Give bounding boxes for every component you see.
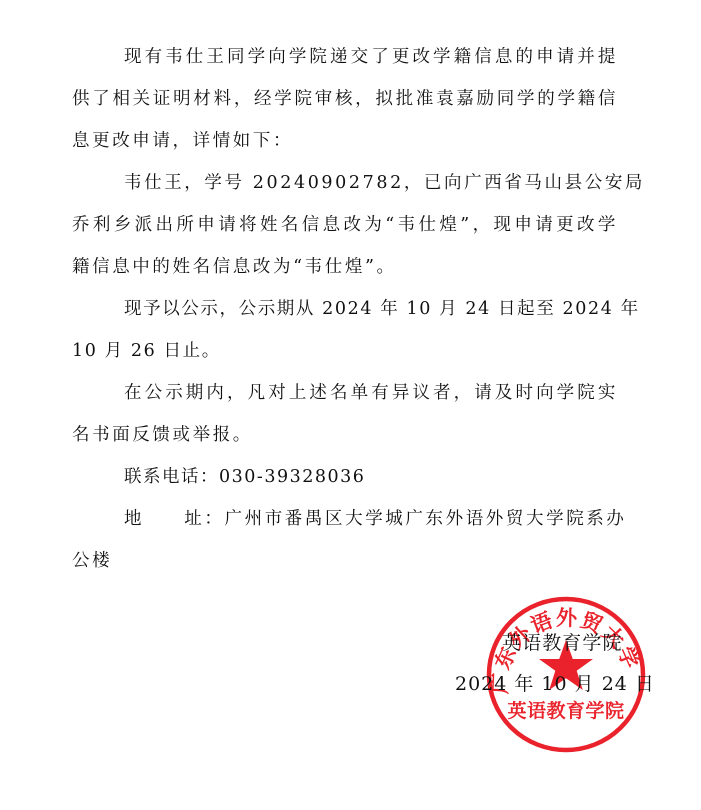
paragraph-1-line-2: 供了相关证明材料，经学院审核，拟批准袁嘉励同学的学籍信: [72, 78, 618, 120]
paragraph-3-line-1: 现予以公示，公示期从 2024 年 10 月 24 日起至 2024 年: [72, 288, 618, 330]
paragraph-2-line-3: 籍信息中的姓名信息改为“韦仕煌”。: [72, 246, 397, 288]
paragraph-1-line-3: 息更改申请，详情如下：: [72, 120, 293, 162]
contact-phone: 联系电话：030-39328036: [72, 456, 365, 498]
paragraph-4-line-1: 在公示期内，凡对上述名单有异议者，请及时向学院实: [72, 372, 618, 414]
address-line-1: 地 址：广州市番禺区大学城广东外语外贸大学院系办: [72, 498, 618, 540]
paragraph-3-line-2: 10 月 26 日止。: [72, 330, 221, 372]
paragraph-2-line-2: 乔利乡派出所申请将姓名信息改为“韦仕煌”，现申请更改学: [72, 204, 618, 246]
address-line-2: 公楼: [72, 540, 112, 582]
paragraph-4-line-2: 名书面反馈或举报。: [72, 414, 253, 456]
paragraph-1-line-1: 现有韦仕王同学向学院递交了更改学籍信息的申请并提: [72, 36, 618, 78]
signature-organization: 英语教育学院: [502, 628, 622, 655]
signature-date: 2024 年 10 月 24 日: [455, 669, 622, 696]
seal-center-text: 英语教育学院: [507, 699, 624, 722]
paragraph-2-line-1: 韦仕王，学号 20240902782，已向广西省马山县公安局: [72, 162, 618, 204]
